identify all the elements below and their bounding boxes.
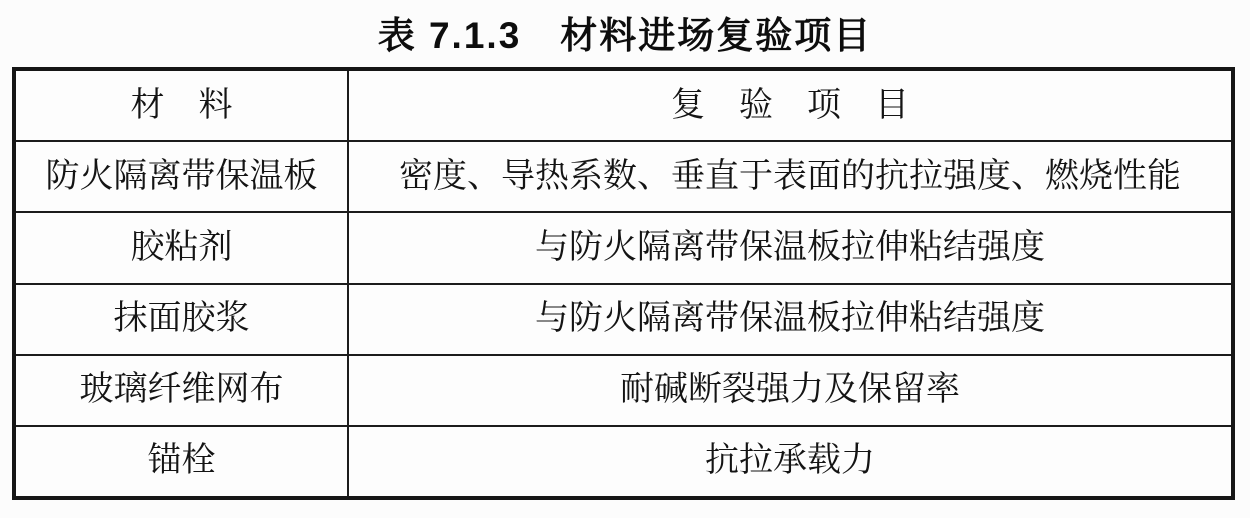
document-page: 表 7.1.3 材料进场复验项目 材 料 复 验 项 目 防火隔离带保温板 密度… (0, 0, 1250, 518)
table-caption: 表 7.1.3 材料进场复验项目 (0, 5, 1250, 59)
cell-material: 胶粘剂 (16, 213, 349, 282)
header-cell-reinspection-items: 复 验 项 目 (349, 71, 1231, 140)
cell-material: 抹面胶浆 (16, 285, 349, 354)
table-header-row: 材 料 复 验 项 目 (16, 71, 1231, 140)
cell-reinspection-items: 耐碱断裂强力及保留率 (349, 356, 1231, 425)
header-cell-material: 材 料 (16, 71, 349, 140)
cell-reinspection-items: 与防火隔离带保温板拉伸粘结强度 (349, 213, 1231, 282)
cell-material: 玻璃纤维网布 (16, 356, 349, 425)
cell-material: 锚栓 (16, 427, 349, 496)
table-row: 抹面胶浆 与防火隔离带保温板拉伸粘结强度 (16, 283, 1231, 354)
table-row: 锚栓 抗拉承载力 (16, 425, 1231, 496)
reinspection-table: 材 料 复 验 项 目 防火隔离带保温板 密度、导热系数、垂直于表面的抗拉强度、… (12, 67, 1235, 500)
table-row: 胶粘剂 与防火隔离带保温板拉伸粘结强度 (16, 211, 1231, 282)
table-row: 玻璃纤维网布 耐碱断裂强力及保留率 (16, 354, 1231, 425)
table-row: 防火隔离带保温板 密度、导热系数、垂直于表面的抗拉强度、燃烧性能 (16, 140, 1231, 211)
cell-reinspection-items: 密度、导热系数、垂直于表面的抗拉强度、燃烧性能 (349, 142, 1231, 211)
cell-reinspection-items: 抗拉承载力 (349, 427, 1231, 496)
cell-material: 防火隔离带保温板 (16, 142, 349, 211)
cell-reinspection-items: 与防火隔离带保温板拉伸粘结强度 (349, 285, 1231, 354)
